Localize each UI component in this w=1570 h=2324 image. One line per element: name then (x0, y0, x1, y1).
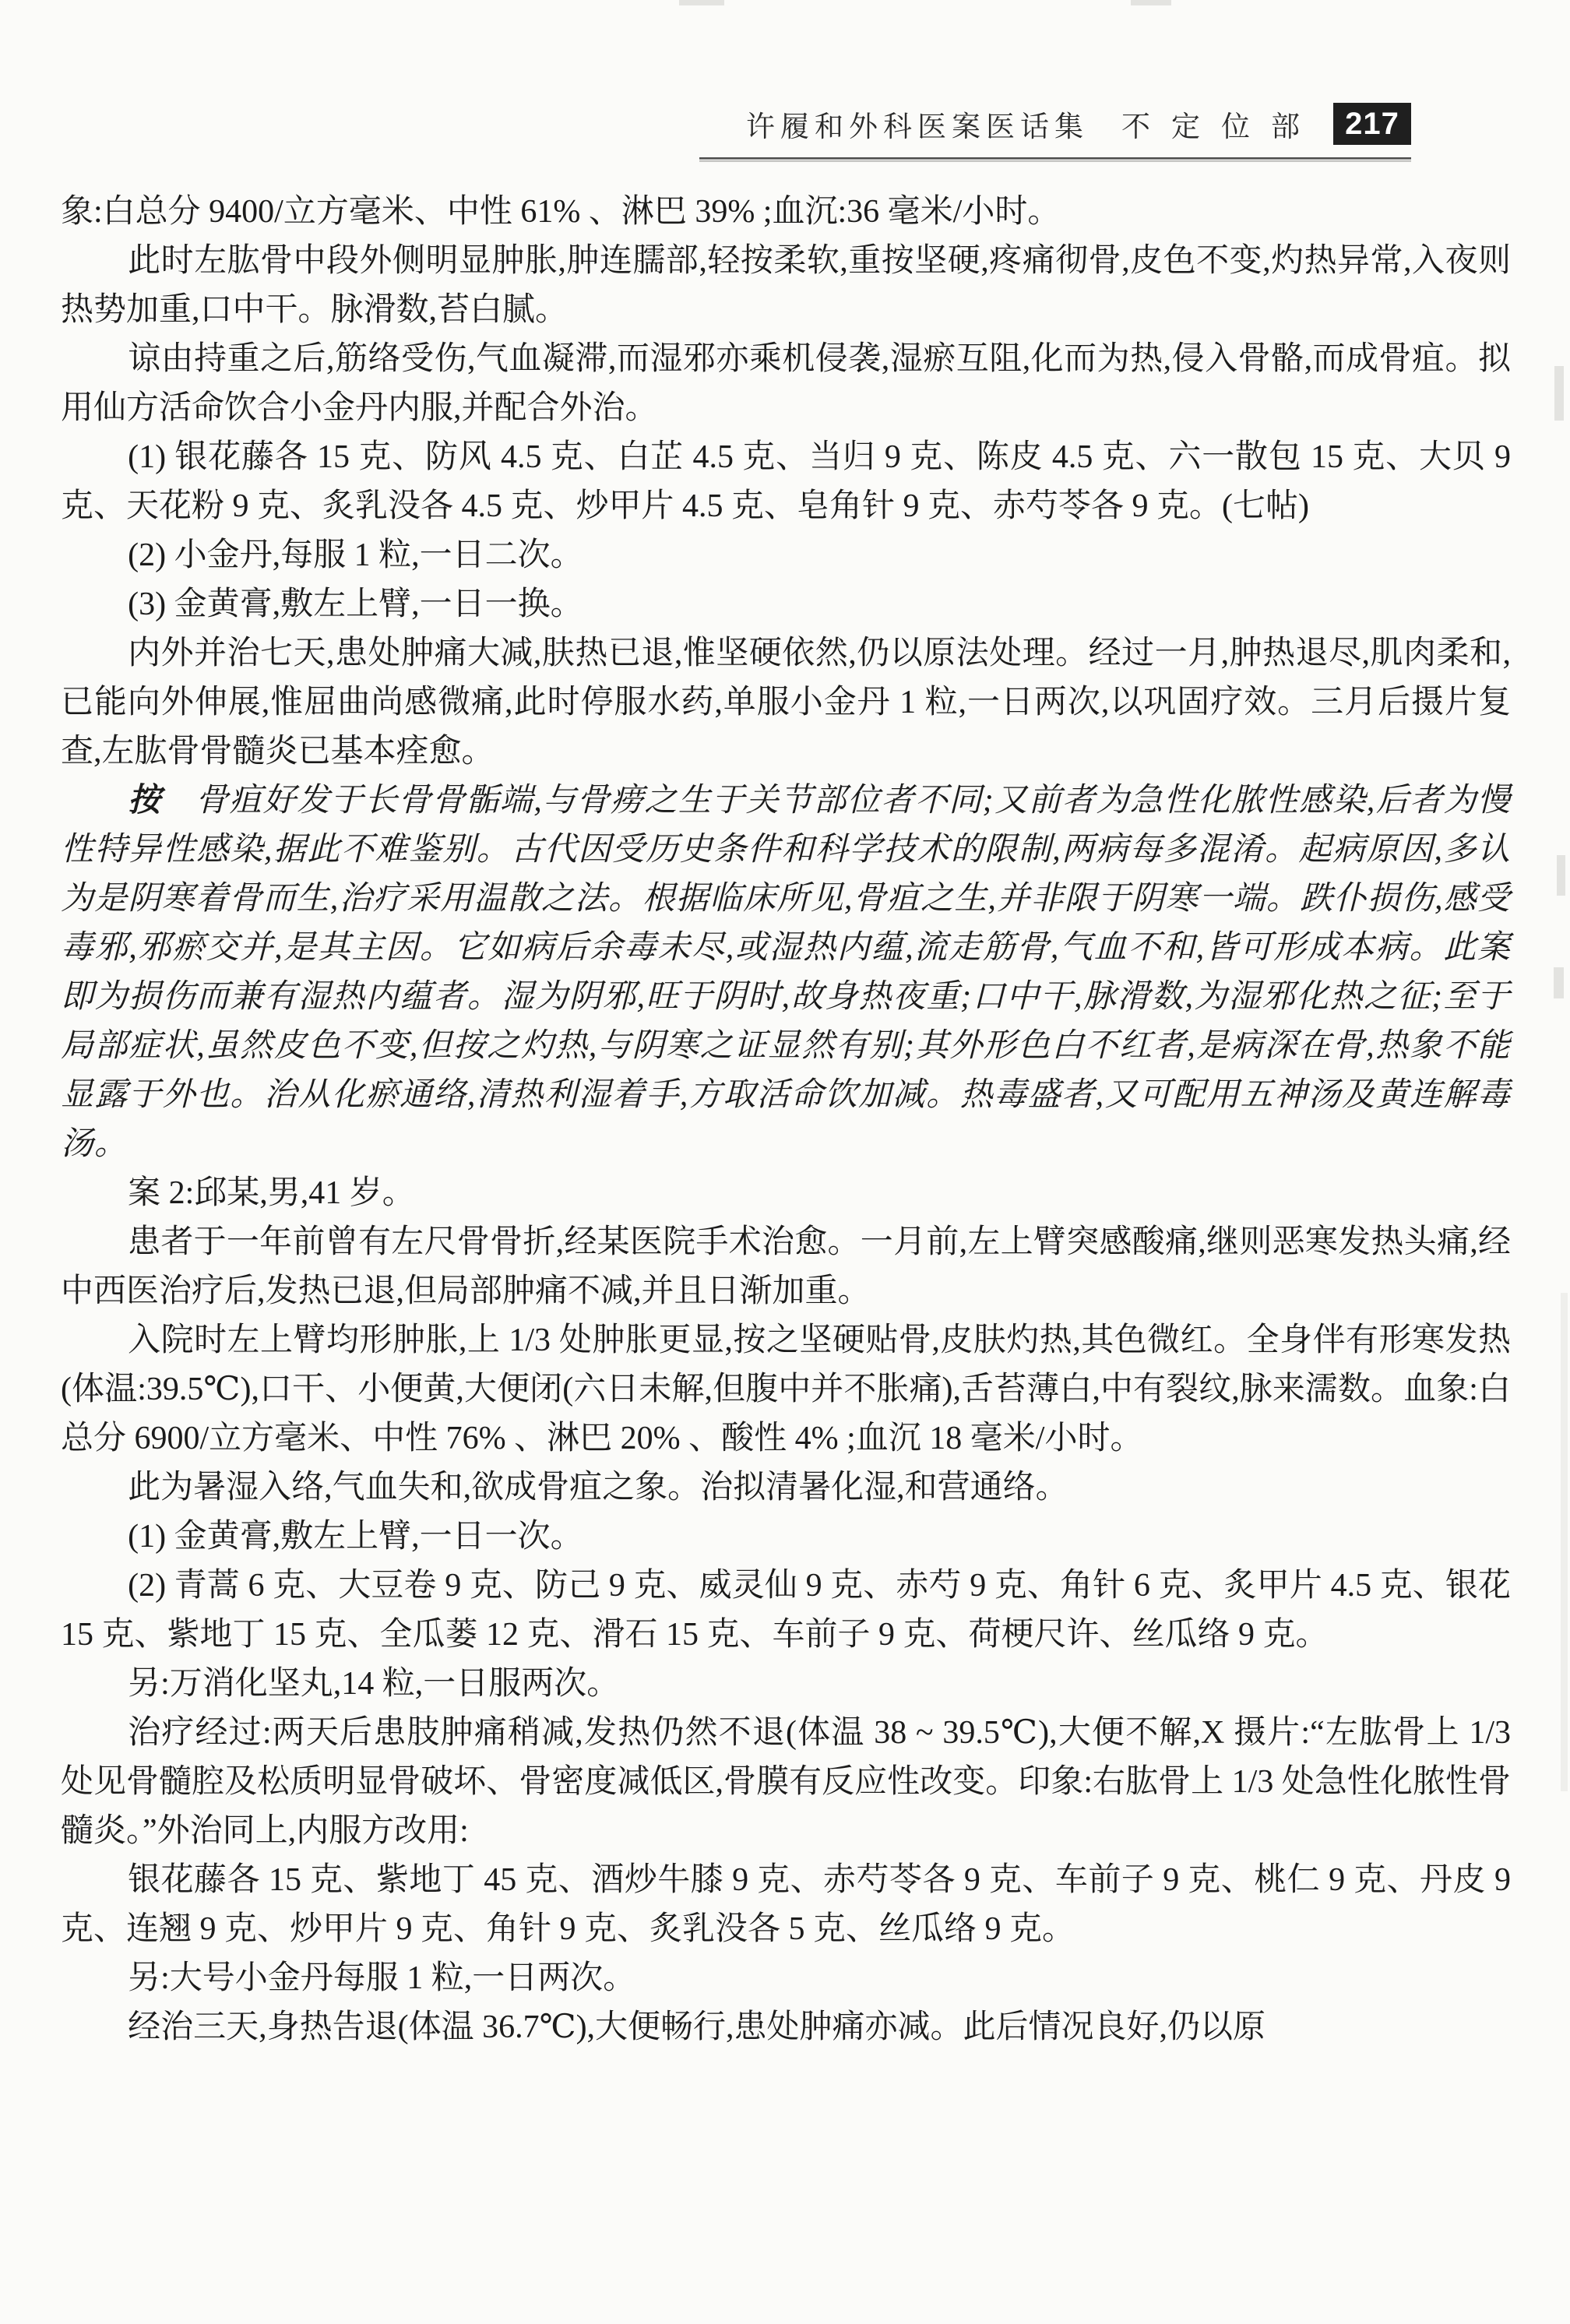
paragraph: 治疗经过:两天后患肢肿痛稍减,发热仍然不退(体温 38 ~ 39.5℃),大便不… (61, 1709, 1511, 1856)
paragraph: (3) 金黄膏,敷左上臂,一日一换。 (61, 580, 1511, 629)
scan-artifact (679, 0, 724, 5)
scan-artifact (1561, 1293, 1568, 1791)
paragraph: 谅由持重之后,筋络受伤,气血凝滞,而湿邪亦乘机侵袭,湿瘀互阻,化而为热,侵入骨骼… (61, 335, 1511, 433)
paragraph: (1) 银花藤各 15 克、防风 4.5 克、白芷 4.5 克、当归 9 克、陈… (61, 433, 1511, 531)
paragraph: (1) 金黄膏,敷左上臂,一日一次。 (61, 1512, 1511, 1562)
paragraph: 入院时左上臂均形肿胀,上 1/3 处肿胀更显,按之坚硬贴骨,皮肤灼热,其色微红。… (61, 1316, 1511, 1463)
paragraph: 银花藤各 15 克、紫地丁 45 克、酒炒牛膝 9 克、赤芍苓各 9 克、车前子… (61, 1856, 1511, 1954)
running-head-section: 不定位部 (1121, 103, 1321, 145)
running-head-book-title: 许履和外科医案医话集 (746, 103, 1089, 145)
page-number-badge: 217 (1333, 103, 1411, 145)
paragraph: 另:大号小金丹每服 1 粒,一日两次。 (61, 1954, 1511, 2003)
scan-artifact (1554, 967, 1564, 998)
scan-artifact (1131, 0, 1171, 5)
scan-artifact (1554, 366, 1564, 421)
header-rule (699, 157, 1411, 162)
scan-artifact (1557, 855, 1565, 896)
paragraph: 内外并治七天,患处肿痛大减,肤热已退,惟坚硬依然,仍以原法处理。经过一月,肿热退… (61, 629, 1511, 776)
paragraph: 患者于一年前曾有左尺骨骨折,经某医院手术治愈。一月前,左上臂突感酸痛,继则恶寒发… (61, 1218, 1511, 1316)
book-page: 许履和外科医案医话集 不定位部 217 象:白总分 9400/立方毫米、中性 6… (0, 0, 1570, 2324)
running-head: 许履和外科医案医话集 不定位部 217 (0, 103, 1411, 145)
commentary-lead: 按 (128, 783, 161, 819)
body-text: 象:白总分 9400/立方毫米、中性 61% 、淋巴 39% ;血沉:36 毫米… (61, 188, 1511, 2052)
paragraph: 另:万消化坚丸,14 粒,一日服两次。 (61, 1660, 1511, 1709)
paragraph: 此时左肱骨中段外侧明显肿胀,肿连臑部,轻按柔软,重按坚硬,疼痛彻骨,皮色不变,灼… (61, 237, 1511, 335)
paragraph: (2) 小金丹,每服 1 粒,一日二次。 (61, 531, 1511, 580)
paragraph: 按 骨疽好发于长骨骨骺端,与骨痨之生于关节部位者不同;又前者为急性化脓性感染,后… (61, 776, 1511, 1169)
paragraph: 象:白总分 9400/立方毫米、中性 61% 、淋巴 39% ;血沉:36 毫米… (61, 188, 1511, 237)
paragraph: (2) 青蒿 6 克、大豆卷 9 克、防己 9 克、威灵仙 9 克、赤芍 9 克… (61, 1562, 1511, 1660)
paragraph: 经治三天,身热告退(体温 36.7℃),大便畅行,患处肿痛亦减。此后情况良好,仍… (61, 2003, 1511, 2052)
paragraph: 此为暑湿入络,气血失和,欲成骨疽之象。治拟清暑化湿,和营通络。 (61, 1463, 1511, 1512)
paragraph: 案 2:邱某,男,41 岁。 (61, 1169, 1511, 1218)
